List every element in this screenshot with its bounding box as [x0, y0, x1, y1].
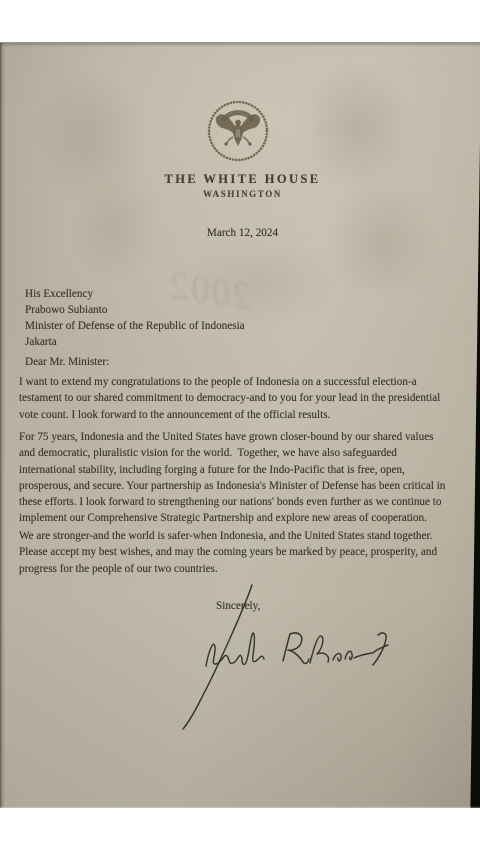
paragraph-3: We are stronger-and the world is safer-w…	[19, 528, 437, 577]
letter-date: March 12, 2024	[0, 225, 480, 241]
salutation: Dear Mr. Minister:	[25, 354, 109, 370]
letterhead-subtitle: WASHINGTON	[0, 189, 480, 199]
letter-screenshot: 2002 THE WHITE HOUSE WASHINGTON March 12…	[0, 0, 480, 852]
letter-photo: 2002 THE WHITE HOUSE WASHINGTON March 12…	[0, 42, 480, 809]
bottom-letterbox	[0, 808, 480, 852]
presidential-seal-icon	[203, 96, 273, 166]
recipient-address: His Excellency Prabowo Subianto Minister…	[25, 286, 245, 350]
photo-left-edge	[0, 43, 5, 809]
paragraph-1: I want to extend my congratulations to t…	[19, 374, 440, 423]
photo-right-background	[468, 43, 480, 809]
letterhead-title: THE WHITE HOUSE	[0, 172, 480, 187]
signature-joseph-r-biden	[150, 571, 410, 741]
top-letterbox	[0, 0, 480, 42]
paragraph-2: For 75 years, Indonesia and the United S…	[19, 429, 445, 527]
paper-watermark	[18, 61, 178, 281]
